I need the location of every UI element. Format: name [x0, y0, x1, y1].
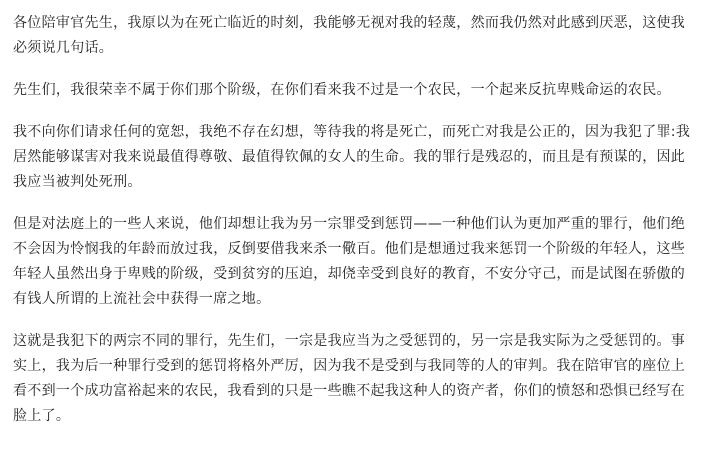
paragraph-2: 先生们，我很荣幸不属于你们那个阶级，在你们看来我不过是一个农民，一个起来反抗卑贱…: [13, 78, 691, 103]
paragraph-5: 这就是我犯下的两宗不同的罪行，先生们，一宗是我应当为之受惩罚的，另一宗是我实际为…: [13, 329, 691, 429]
paragraph-1: 各位陪审官先生，我原以为在死亡临近的时刻，我能够无视对我的轻蔑，然而我仍然对此感…: [13, 11, 691, 61]
paragraph-4: 但是对法庭上的一些人来说，他们却想让我为另一宗罪受到惩罚——一种他们认为更加严重…: [13, 212, 691, 312]
article-body: 各位陪审官先生，我原以为在死亡临近的时刻，我能够无视对我的轻蔑，然而我仍然对此感…: [0, 0, 701, 429]
paragraph-3: 我不向你们请求任何的宽恕，我绝不存在幻想，等待我的将是死亡，而死亡对我是公正的，…: [13, 120, 691, 195]
